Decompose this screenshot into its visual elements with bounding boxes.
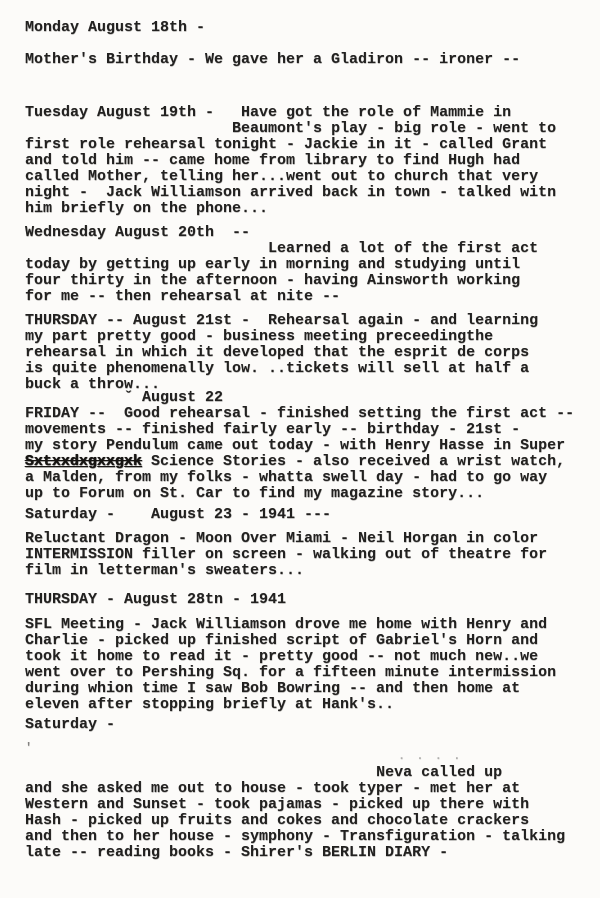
diary-entry-saturday-aug-23-heading: Saturday - August 23 - 1941 --- [25, 507, 600, 523]
diary-entry-wednesday-aug-20: Wednesday August 20th -- Learned a lot o… [25, 225, 600, 305]
stray-typewriter-mark: ' [25, 740, 600, 756]
friday-text-before: ˇ August 22 FRIDAY -- Good rehearsal - f… [25, 389, 574, 454]
diary-entry-friday-aug-22: ˇ August 22 FRIDAY -- Good rehearsal - f… [25, 390, 600, 502]
typewritten-diary-page: Monday August 18th - Mother's Birthday -… [0, 0, 600, 898]
struck-out-word: Sxtxxdxgxxgxk [25, 453, 142, 470]
diary-entry-monday-aug-18: Monday August 18th - Mother's Birthday -… [25, 20, 600, 68]
diary-entry-saturday-neva: Neva called up and she asked me out to h… [25, 765, 600, 861]
diary-entry-thursday-aug-28-heading: THURSDAY - August 28tn - 1941 [25, 592, 600, 608]
diary-entry-tuesday-aug-19: Tuesday August 19th - Have got the role … [25, 105, 600, 217]
diary-entry-saturday-aug-23-movies: Reluctant Dragon - Moon Over Miami - Nei… [25, 531, 600, 579]
faint-ink-dots: . . . . [398, 748, 462, 764]
diary-entry-thursday-aug-28-sfl: SFL Meeting - Jack Williamson drove me h… [25, 617, 600, 713]
diary-entry-saturday-2-heading: Saturday - [25, 717, 600, 733]
diary-entry-thursday-aug-21: THURSDAY -- August 21st - Rehearsal agai… [25, 313, 600, 393]
